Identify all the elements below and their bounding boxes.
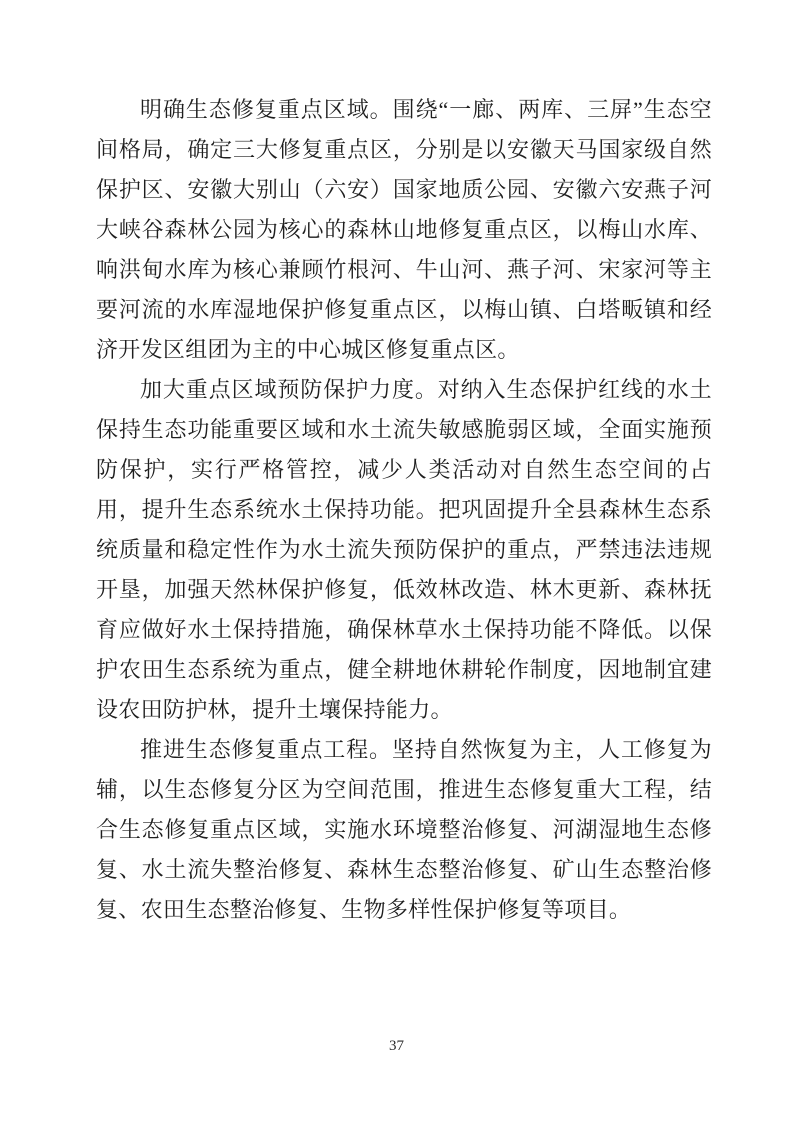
paragraph-restoration-projects: 推进生态修复重点工程。坚持自然恢复为主，人工修复为辅，以生态修复分区为空间范围，… — [96, 730, 712, 930]
document-page: 明确生态修复重点区域。围绕“一廊、两库、三屏”生态空间格局，确定三大修复重点区，… — [0, 0, 793, 1122]
paragraph-restoration-key-areas: 明确生态修复重点区域。围绕“一廊、两库、三屏”生态空间格局，确定三大修复重点区，… — [96, 90, 712, 370]
document-body: 明确生态修复重点区域。围绕“一廊、两库、三屏”生态空间格局，确定三大修复重点区，… — [96, 90, 712, 930]
page-number: 37 — [0, 1036, 793, 1056]
paragraph-prevention-protection: 加大重点区域预防保护力度。对纳入生态保护红线的水土保持生态功能重要区域和水土流失… — [96, 370, 712, 730]
